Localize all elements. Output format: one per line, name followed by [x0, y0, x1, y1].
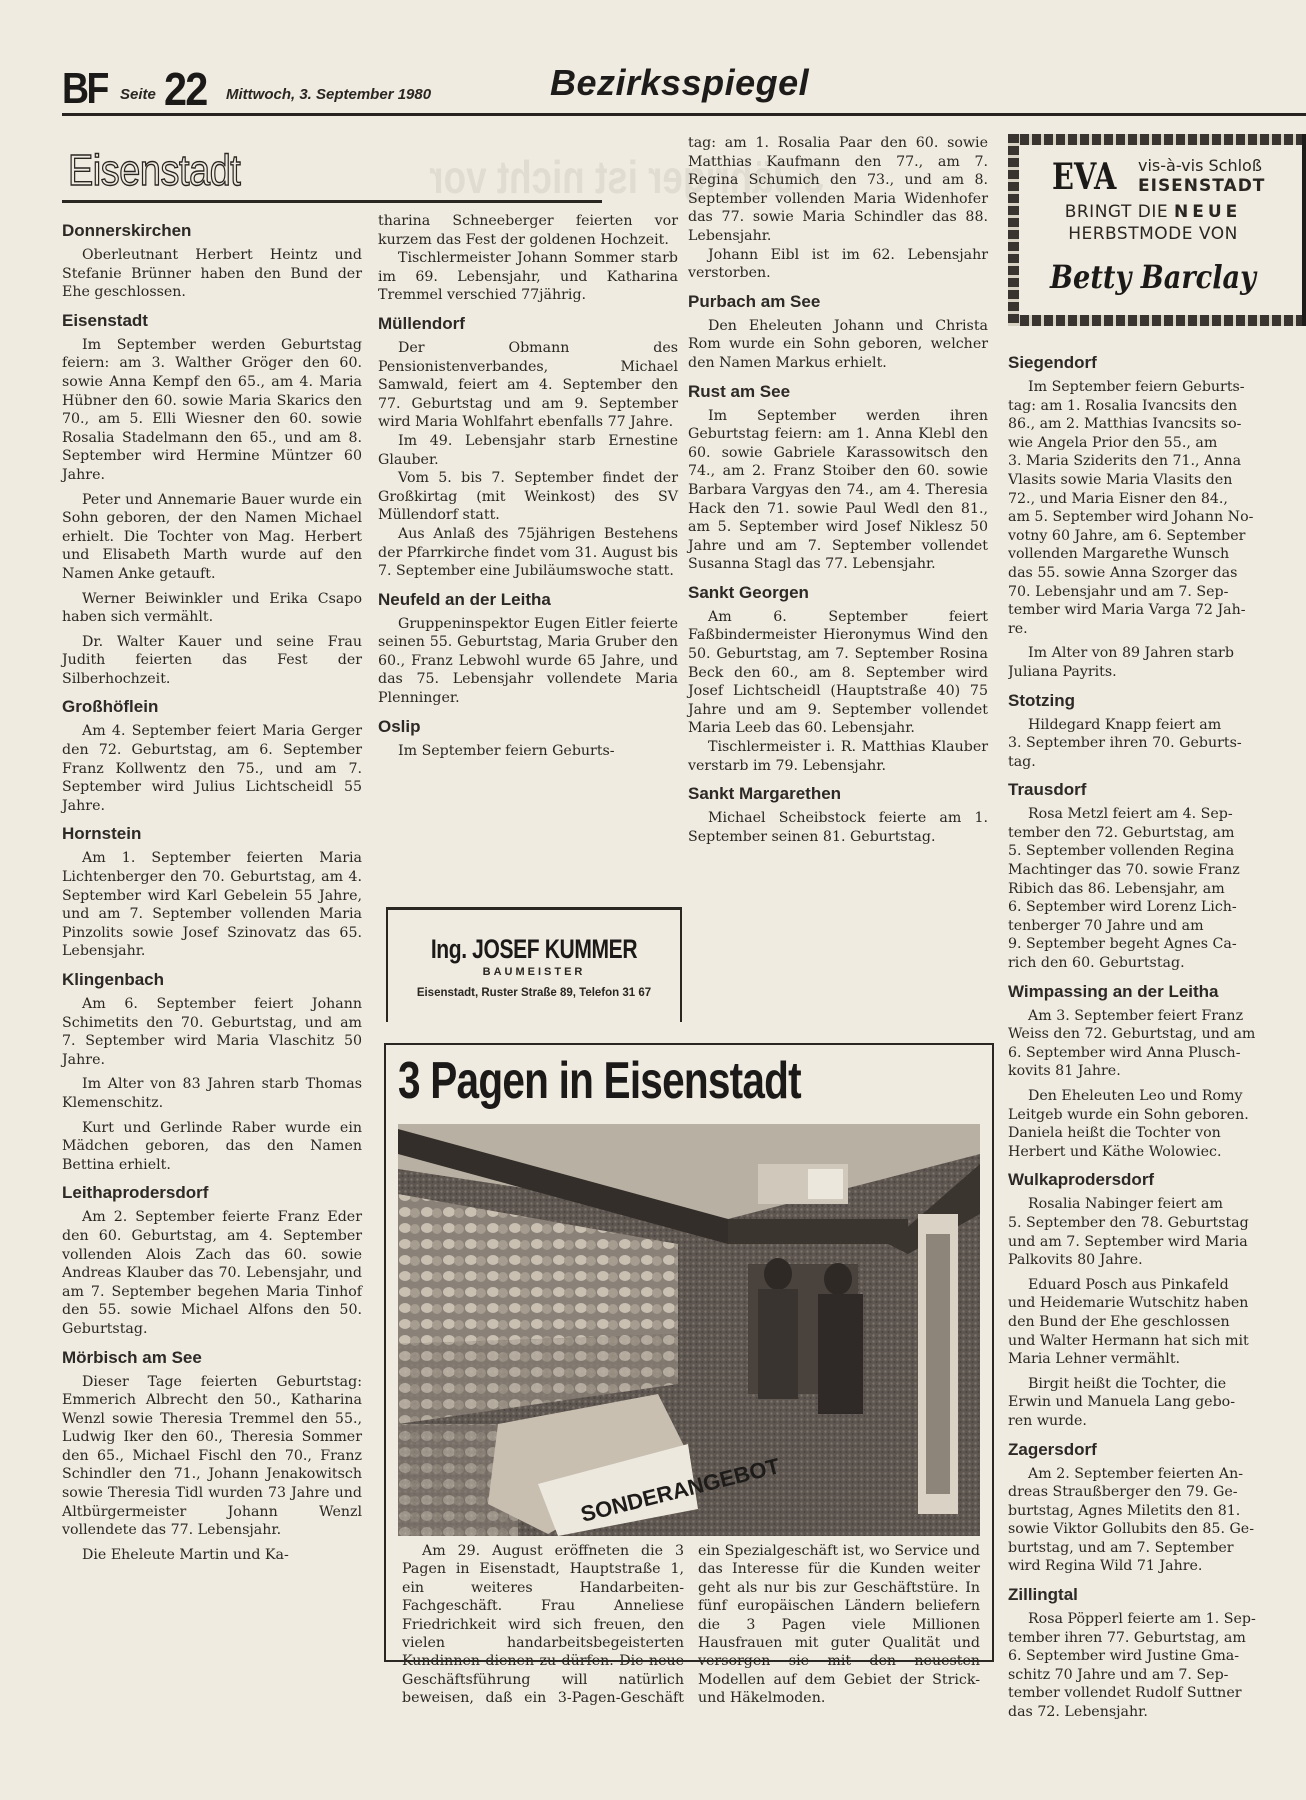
feature-article: 3 Pagen in Eisenstadt [384, 1043, 994, 1662]
section-title: Bezirksspiegel [550, 62, 809, 104]
news-paragraph: Eduard Posch aus Pinkafeld [1008, 1276, 1306, 1295]
masthead: BF Seite 22 Mittwoch, 3. September 1980 … [62, 62, 1306, 112]
news-paragraph: Den Eheleuten Johann und Christa Rom wur… [688, 317, 988, 373]
town-heading: Leithaprodersdorf [62, 1182, 362, 1204]
city-heading-rule [62, 200, 602, 203]
news-paragraph: Daniela heißt die Tochter von [1008, 1124, 1306, 1143]
news-paragraph: Michael Scheibstock feierte am 1. Septem… [688, 809, 988, 846]
news-paragraph: burtstag, Agnes Miletits den 81. [1008, 1502, 1306, 1521]
news-paragraph: Palkovits 80 Jahre. [1008, 1251, 1306, 1270]
ad-border [1302, 134, 1306, 326]
news-paragraph: Peter und Annemarie Bauer wurde ein Sohn… [62, 491, 362, 584]
page-label: Seite [120, 86, 156, 103]
news-paragraph: Am 6. September feiert Johann Schimetits… [62, 995, 362, 1069]
town-heading: Großhöflein [62, 696, 362, 718]
news-paragraph: Maria Lehner vermählt. [1008, 1350, 1306, 1369]
town-heading: Siegendorf [1008, 352, 1306, 374]
news-paragraph: 6. September wird Justine Gma- [1008, 1647, 1306, 1666]
news-paragraph: tenberger 70 Jahre und am [1008, 917, 1306, 936]
news-paragraph: am 5. September wird Johann No- [1008, 508, 1306, 527]
eva-logo: EVA [1052, 156, 1116, 198]
news-paragraph: Kurt und Gerlinde Raber wurde ein Mädche… [62, 1119, 362, 1175]
town-heading: Müllendorf [378, 313, 678, 335]
ad-border [1008, 134, 1306, 145]
news-paragraph: Oberleutnant Herbert Heintz und Stefanie… [62, 246, 362, 302]
news-paragraph: 3. September ihren 70. Geburts- [1008, 734, 1306, 753]
news-paragraph: sowie Viktor Gollubits den 85. Ge- [1008, 1520, 1306, 1539]
news-paragraph: tag: am 1. Rosalia Ivancsits den [1008, 397, 1306, 416]
town-heading: Hornstein [62, 823, 362, 845]
news-paragraph: Weiss den 72. Geburtstag, und am [1008, 1025, 1306, 1044]
column-3: tag: am 1. Rosalia Paar den 60. sowie Ma… [688, 134, 988, 846]
town-heading: Zillingtal [1008, 1584, 1306, 1606]
town-heading: Eisenstadt [62, 310, 362, 332]
news-paragraph: Im September feiern Geburts- [378, 742, 678, 761]
news-paragraph: Rosa Metzl feiert am 4. Sep- [1008, 805, 1306, 824]
advertiser-name: Ing. JOSEF KUMMER [420, 934, 648, 965]
news-paragraph: Aus Anlaß des 75jährigen Bestehens der P… [378, 525, 678, 581]
news-paragraph: 3. Maria Sziderits den 71., Anna [1008, 452, 1306, 471]
town-heading: Stotzing [1008, 690, 1306, 712]
news-paragraph: Im September werden ihren Geburtstag fei… [688, 407, 988, 574]
news-paragraph: burtstag, und am 7. September [1008, 1539, 1306, 1558]
shop-interior-photo: SONDERANGEBOT [398, 1124, 980, 1536]
news-paragraph: Am 4. September feiert Maria Gerger den … [62, 722, 362, 815]
advertisement-kummer: Ing. JOSEF KUMMER BAUMEISTER Eisenstadt,… [386, 907, 682, 1022]
column-1: DonnerskirchenOberleutnant Herbert Heint… [62, 220, 362, 1564]
news-paragraph: wird Regina Wild 71 Jahre. [1008, 1557, 1306, 1576]
town-heading: Neufeld an der Leitha [378, 589, 678, 611]
news-paragraph: Im Alter von 89 Jahren starb [1008, 644, 1306, 663]
page-number: 22 [164, 62, 206, 116]
news-paragraph: schitz 70 Jahre und am 7. Sep- [1008, 1666, 1306, 1685]
town-heading: Sankt Margarethen [688, 783, 988, 805]
news-paragraph: Im 49. Lebensjahr starb Ernestine Glaube… [378, 432, 678, 469]
news-paragraph: Im Alter von 83 Jahren starb Thomas Klem… [62, 1075, 362, 1112]
news-paragraph: tember ihren 77. Geburtstag, am [1008, 1629, 1306, 1648]
advertiser-address: Eisenstadt, Ruster Straße 89, Telefon 31… [388, 987, 680, 999]
feature-headline: 3 Pagen in Eisenstadt [398, 1051, 801, 1111]
news-paragraph: Leitgeb wurde ein Sohn geboren. [1008, 1106, 1306, 1125]
news-paragraph: das 55. sowie Anna Szorger das [1008, 564, 1306, 583]
news-paragraph: Im September feiern Geburts- [1008, 378, 1306, 397]
news-paragraph: 5. September den 78. Geburtstag [1008, 1214, 1306, 1233]
news-paragraph: Tischlermeister Johann Sommer starb im 6… [378, 249, 678, 305]
news-paragraph: Rosalia Nabinger feiert am [1008, 1195, 1306, 1214]
news-paragraph: Juliana Payrits. [1008, 663, 1306, 682]
news-paragraph: tember den 72. Geburtstag, am [1008, 824, 1306, 843]
news-paragraph: Am 3. September feiert Franz [1008, 1007, 1306, 1026]
news-paragraph: Am 1. September feierten Maria Lichtenbe… [62, 849, 362, 961]
news-paragraph: Vom 5. bis 7. September findet der Großk… [378, 469, 678, 525]
news-paragraph: Den Eheleuten Leo und Romy [1008, 1087, 1306, 1106]
masthead-rule [62, 113, 1306, 116]
news-paragraph: Hildegard Knapp feiert am [1008, 716, 1306, 735]
feature-paragraph: Am 29. August eröffneten die 3 Pagen in … [402, 1542, 980, 1708]
column-2: tharina Schneeberger feierten vor kurzem… [378, 212, 678, 760]
eva-location-line-1: vis-à-vis Schloß [1138, 156, 1262, 175]
town-heading: Sankt Georgen [688, 582, 988, 604]
town-heading: Donnerskirchen [62, 220, 362, 242]
news-paragraph: Birgit heißt die Tochter, die [1008, 1375, 1306, 1394]
news-paragraph: 5. September vollenden Regina [1008, 842, 1306, 861]
news-paragraph: vollenden Margarethe Wunsch [1008, 545, 1306, 564]
news-paragraph: kovits 81 Jahre. [1008, 1062, 1306, 1081]
news-paragraph: Werner Beiwinkler und Erika Csapo haben … [62, 590, 362, 627]
news-paragraph: Machtinger das 70. sowie Franz [1008, 861, 1306, 880]
news-paragraph: Die Eheleute Martin und Ka- [62, 1546, 362, 1565]
town-heading: Mörbisch am See [62, 1347, 362, 1369]
news-paragraph: 72., und Maria Eisner den 84., [1008, 490, 1306, 509]
news-paragraph: Am 6. September feiert Faßbindermeister … [688, 608, 988, 738]
news-paragraph: re. [1008, 620, 1306, 639]
news-paragraph: 70. Lebensjahr und am 7. Sep- [1008, 583, 1306, 602]
news-paragraph: 9. September begeht Agnes Ca- [1008, 935, 1306, 954]
news-paragraph: Johann Eibl ist im 62. Lebensjahr versto… [688, 246, 988, 283]
city-heading: Eisenstadt [68, 146, 240, 196]
eva-tagline-prefix: BRINGT DIE [1065, 202, 1174, 222]
news-paragraph: Tischlermeister i. R. Matthias Klauber v… [688, 738, 988, 775]
news-paragraph: Rosa Pöpperl feierte am 1. Sep- [1008, 1610, 1306, 1629]
news-paragraph: tag. [1008, 753, 1306, 772]
news-paragraph: Im September werden Geburtstag feiern: a… [62, 336, 362, 485]
news-paragraph: Am 2. September feierten An- [1008, 1465, 1306, 1484]
eva-location-line-2: EISENSTADT [1138, 176, 1265, 196]
news-paragraph: tember vollendet Rudolf Suttner [1008, 1684, 1306, 1703]
news-paragraph: ren wurde. [1008, 1412, 1306, 1431]
eva-tagline-2: HERBSTMODE VON [1008, 224, 1298, 244]
news-paragraph: Herbert und Käthe Wolowiec. [1008, 1143, 1306, 1162]
news-paragraph: Ribich das 86. Lebensjahr, am [1008, 880, 1306, 899]
news-paragraph: Erwin und Manuela Lang gebo- [1008, 1393, 1306, 1412]
advertiser-title: BAUMEISTER [388, 966, 680, 978]
news-paragraph: dreas Straußberger den 79. Ge- [1008, 1483, 1306, 1502]
news-paragraph: Vlasits sowie Maria Vlasits den [1008, 471, 1306, 490]
news-paragraph: Dr. Walter Kauer und seine Frau Judith f… [62, 633, 362, 689]
news-paragraph: 86., am 2. Matthias Ivancsits so- [1008, 415, 1306, 434]
news-paragraph: tharina Schneeberger feierten vor kurzem… [378, 212, 678, 249]
news-paragraph: Dieser Tage feierten Geburtstag: Emmeric… [62, 1373, 362, 1540]
town-heading: Wimpassing an der Leitha [1008, 981, 1306, 1003]
ad-border [1008, 315, 1306, 326]
eva-tagline-1: BRINGT DIE NEUE [1008, 202, 1298, 222]
news-paragraph: votny 60 Jahre, am 6. September [1008, 527, 1306, 546]
feature-body: Am 29. August eröffneten die 3 Pagen in … [402, 1542, 980, 1708]
column-4: SiegendorfIm September feiern Geburts-ta… [1008, 352, 1306, 1722]
news-paragraph: tag: am 1. Rosalia Paar den 60. sowie Ma… [688, 134, 988, 246]
news-paragraph: rich den 60. Geburtstag. [1008, 954, 1306, 973]
town-heading: Klingenbach [62, 969, 362, 991]
news-paragraph: wie Angela Prior den 55., am [1008, 434, 1306, 453]
issue-date: Mittwoch, 3. September 1980 [226, 86, 431, 103]
newspaper-page: 3 Jähriger ist nicht vor BF Seite 22 Mit… [0, 0, 1306, 1800]
news-paragraph: das 72. Lebensjahr. [1008, 1703, 1306, 1722]
town-heading: Purbach am See [688, 291, 988, 313]
brand-logo-betty-barclay: Betty Barclay [1030, 258, 1277, 296]
town-heading: Oslip [378, 716, 678, 738]
advertisement-eva: EVA vis-à-vis Schloß EISENSTADT BRINGT D… [1008, 134, 1306, 326]
news-paragraph: 6. September wird Anna Plusch- [1008, 1044, 1306, 1063]
news-paragraph: und Walter Hermann hat sich mit [1008, 1332, 1306, 1351]
town-heading: Rust am See [688, 381, 988, 403]
news-paragraph: tember wird Maria Varga 72 Jah- [1008, 601, 1306, 620]
eva-tagline-emphasis: NEUE [1174, 202, 1241, 222]
news-paragraph: 6. September wird Lorenz Lich- [1008, 898, 1306, 917]
news-paragraph: Am 2. September feierte Franz Eder den 6… [62, 1208, 362, 1338]
town-heading: Zagersdorf [1008, 1439, 1306, 1461]
news-paragraph: Der Obmann des Pensionistenverbandes, Mi… [378, 339, 678, 432]
news-paragraph: und am 7. September wird Maria [1008, 1233, 1306, 1252]
photo-illustration: SONDERANGEBOT [398, 1124, 980, 1536]
town-heading: Trausdorf [1008, 779, 1306, 801]
news-paragraph: Gruppeninspektor Eugen Eitler feierte se… [378, 615, 678, 708]
news-paragraph: und Heidemarie Wutschitz haben [1008, 1294, 1306, 1313]
news-paragraph: den Bund der Ehe geschlossen [1008, 1313, 1306, 1332]
town-heading: Wulkaprodersdorf [1008, 1169, 1306, 1191]
paper-logo: BF [62, 64, 107, 114]
